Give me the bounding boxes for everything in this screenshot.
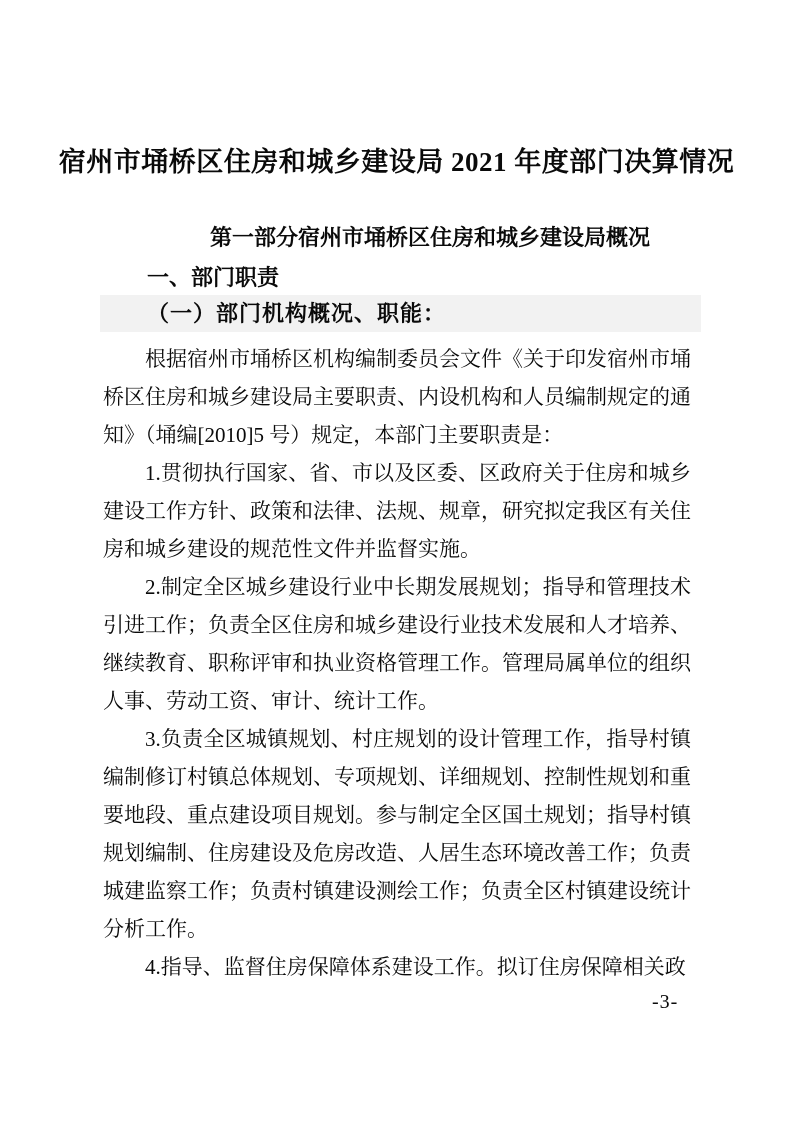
paragraph-intro: 根据宿州市埇桥区机构编制委员会文件《关于印发宿州市埇桥区住房和城乡建设局主要职责… bbox=[103, 340, 691, 454]
subsection-heading-org-overview: （一）部门机构概况、职能： bbox=[147, 297, 446, 331]
document-page: 宿州市埇桥区住房和城乡建设局 2021 年度部门决算情况 第一部分宿州市埇桥区住… bbox=[0, 0, 793, 1122]
page-number: -3- bbox=[652, 991, 678, 1014]
part-one-heading: 第一部分宿州市埇桥区住房和城乡建设局概况 bbox=[210, 222, 650, 254]
paragraph-duty-4: 4.指导、监督住房保障体系建设工作。拟订住房保障相关政 bbox=[103, 948, 691, 986]
paragraph-duty-1: 1.贯彻执行国家、省、市以及区委、区政府关于住房和城乡建设工作方针、政策和法律、… bbox=[103, 454, 691, 568]
document-title: 宿州市埇桥区住房和城乡建设局 2021 年度部门决算情况 bbox=[0, 142, 793, 182]
body-text: 根据宿州市埇桥区机构编制委员会文件《关于印发宿州市埇桥区住房和城乡建设局主要职责… bbox=[103, 340, 691, 986]
paragraph-duty-3: 3.负责全区城镇规划、村庄规划的设计管理工作，指导村镇编制修订村镇总体规划、专项… bbox=[103, 720, 691, 948]
paragraph-duty-2: 2.制定全区城乡建设行业中长期发展规划；指导和管理技术引进工作；负责全区住房和城… bbox=[103, 568, 691, 720]
section-heading-department-duties: 一、部门职责 bbox=[147, 262, 279, 294]
